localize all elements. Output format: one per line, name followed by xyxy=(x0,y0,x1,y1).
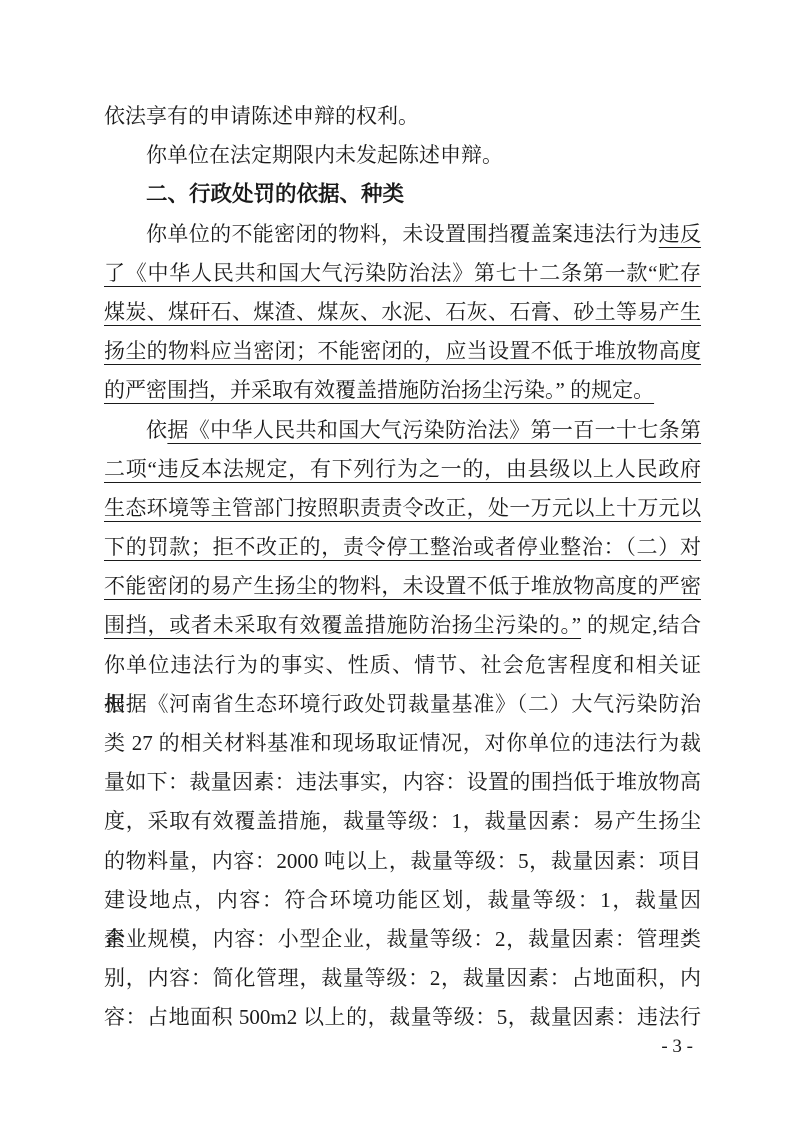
document-line: 类 27 的相关材料基准和现场取证情况，对你单位的违法行为裁 xyxy=(104,724,701,763)
text-segment: 企业规模，内容：小型企业，裁量等级：2，裁量因素：管理类 xyxy=(104,927,701,951)
document-line: 的严密围挡，并采取有效覆盖措施防治扬尘污染。” 的规定。 xyxy=(104,371,701,410)
underlined-text-segment: 煤炭、煤矸石、煤渣、煤灰、水泥、石灰、石膏、砂土等易产生 xyxy=(104,300,701,324)
underlined-text-segment: 生态环境等主管部门按照职责责令改正，处一万元以上十万元以 xyxy=(104,496,701,520)
document-page: 依法享有的申请陈述申辩的权利。你单位在法定期限内未发起陈述申辩。二、行政处罚的依… xyxy=(0,0,793,1122)
document-line: 根据《河南省生态环境行政处罚裁量基准》（二）大气污染防治 xyxy=(104,685,701,724)
underlined-text-segment: 的严密围挡，并采取有效覆盖措施防治扬尘污染。” 的规定。 xyxy=(104,378,654,402)
document-line: 度，采取有效覆盖措施，裁量等级：1，裁量因素：易产生扬尘 xyxy=(104,802,701,841)
text-segment: 的物料量，内容：2000 吨以上，裁量等级：5，裁量因素：项目 xyxy=(104,849,701,873)
document-line: 扬尘的物料应当密闭；不能密闭的，应当设置不低于堆放物高度 xyxy=(104,332,701,371)
underlined-text-segment: 了《中华人民共和国大气污染防治法》第七十二条第一款“贮存 xyxy=(104,261,701,285)
document-line: 你单位在法定期限内未发起陈述申辩。 xyxy=(104,136,701,175)
document-line: 生态环境等主管部门按照职责责令改正，处一万元以上十万元以 xyxy=(104,489,701,528)
text-segment: 你单位在法定期限内未发起陈述申辩。 xyxy=(146,143,503,167)
underlined-text-segment: 违反 xyxy=(659,222,701,246)
text-segment: 依法享有的申请陈述申辩的权利。 xyxy=(104,104,419,128)
underlined-text-segment: 不能密闭的易产生扬尘的物料，未设置不低于堆放物高度的严密 xyxy=(104,574,701,598)
text-segment: 度，采取有效覆盖措施，裁量等级：1，裁量因素：易产生扬尘 xyxy=(104,809,701,833)
section-heading: 二、行政处罚的依据、种类 xyxy=(104,175,701,214)
document-line: 别，内容：简化管理，裁量等级：2，裁量因素：占地面积，内 xyxy=(104,959,701,998)
underlined-text-segment: 二项“违反本法规定，有下列行为之一的，由县级以上人民政府 xyxy=(104,457,701,481)
text-segment: 依 xyxy=(146,418,167,442)
document-line: 煤炭、煤矸石、煤渣、煤灰、水泥、石灰、石膏、砂土等易产生 xyxy=(104,293,701,332)
document-body: 依法享有的申请陈述申辩的权利。你单位在法定期限内未发起陈述申辩。二、行政处罚的依… xyxy=(104,97,701,1038)
underlined-text-segment: 扬尘的物料应当密闭；不能密闭的，应当设置不低于堆放物高度 xyxy=(104,339,701,363)
document-line: 了《中华人民共和国大气污染防治法》第七十二条第一款“贮存 xyxy=(104,254,701,293)
text-segment: 根据《河南省生态环境行政处罚裁量基准》（二）大气污染防治 xyxy=(104,692,701,716)
underlined-text-segment: 据《中华人民共和国大气污染防治法》第一百一十七条第 xyxy=(167,418,701,442)
text-segment: 量如下：裁量因素：违法事实，内容：设置的围挡低于堆放物高 xyxy=(104,770,701,794)
document-line: 依法享有的申请陈述申辩的权利。 xyxy=(104,97,701,136)
document-line: 建设地点，内容：符合环境功能区划，裁量等级：1，裁量因素： xyxy=(104,881,701,920)
text-segment: 别，内容：简化管理，裁量等级：2，裁量因素：占地面积，内 xyxy=(104,966,701,990)
text-segment: 二、行政处罚的依据、种类 xyxy=(146,182,404,206)
text-segment: 你单位的不能密闭的物料，未设置围挡覆盖案违法行为 xyxy=(146,222,659,246)
underlined-text-segment: 围挡，或者未采取有效覆盖措施防治扬尘污染的。” xyxy=(104,613,581,637)
document-line: 不能密闭的易产生扬尘的物料，未设置不低于堆放物高度的严密 xyxy=(104,567,701,606)
document-line: 企业规模，内容：小型企业，裁量等级：2，裁量因素：管理类 xyxy=(104,920,701,959)
text-segment: 类 27 的相关材料基准和现场取证情况，对你单位的违法行为裁 xyxy=(104,731,701,755)
document-line: 下的罚款；拒不改正的，责令停工整治或者停业整治：（二）对 xyxy=(104,528,701,567)
page-footer: - 3 - xyxy=(661,1036,693,1058)
document-line: 的物料量，内容：2000 吨以上，裁量等级：5，裁量因素：项目 xyxy=(104,842,701,881)
page-number: - 3 - xyxy=(661,1036,693,1057)
document-line: 二项“违反本法规定，有下列行为之一的，由县级以上人民政府 xyxy=(104,450,701,489)
underlined-text-segment: 下的罚款；拒不改正的，责令停工整治或者停业整治：（二）对 xyxy=(104,535,701,559)
text-segment: 容：占地面积 500m2 以上的，裁量等级：5，裁量因素：违法行 xyxy=(104,1005,701,1029)
document-line: 依据《中华人民共和国大气污染防治法》第一百一十七条第 xyxy=(104,411,701,450)
text-segment: 的规定,结合 xyxy=(581,613,701,637)
document-line: 容：占地面积 500m2 以上的，裁量等级：5，裁量因素：违法行 xyxy=(104,998,701,1037)
document-line: 围挡，或者未采取有效覆盖措施防治扬尘污染的。” 的规定,结合 xyxy=(104,606,701,645)
document-line: 你单位的不能密闭的物料，未设置围挡覆盖案违法行为违反 xyxy=(104,215,701,254)
document-line: 量如下：裁量因素：违法事实，内容：设置的围挡低于堆放物高 xyxy=(104,763,701,802)
document-line: 你单位违法行为的事实、性质、情节、社会危害程度和相关证据， xyxy=(104,646,701,685)
